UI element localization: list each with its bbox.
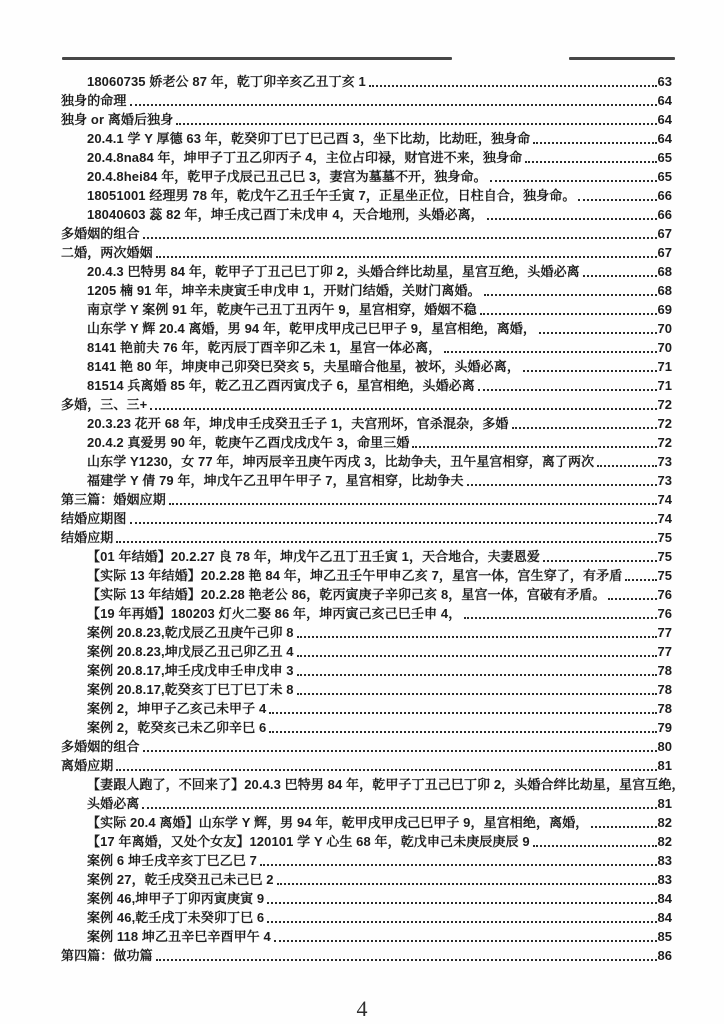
toc-entry[interactable]: 8141 艳前夫 76 年，乾丙辰丁酉辛卯乙未 1，星宫一体必离， 70	[61, 338, 672, 357]
toc-entry-text: 【17 年离婚，又处个女友】120101 学 Y 心生 68 年，乾戊申己未庚辰…	[87, 832, 530, 851]
toc-entry-page-number: 85	[658, 927, 672, 946]
toc-entry-text: 多婚姻的组合	[61, 737, 140, 756]
toc-entry[interactable]: 二婚，两次婚姻 67	[61, 243, 672, 262]
toc-entry-page-number: 77	[658, 642, 672, 661]
toc-entry-text: 案例 2，坤甲子乙亥己未甲子 4	[87, 699, 266, 718]
toc-entry-page-number: 79	[658, 718, 672, 737]
toc-entry-text: 【实际 20.4 离婚】山东学 Y 辉，男 94 年，乾甲戌甲戌己巳甲子 9，星…	[87, 813, 588, 832]
toc-entry-text: 【妻跟人跑了，不回来了】20.4.3 巴特男 84 年，乾甲子丁丑己巳丁卯 2，…	[87, 775, 685, 794]
dotted-leader	[578, 199, 656, 201]
toc-entry[interactable]: 案例 20.8.17,坤壬戌戊申壬申戊申 3 78	[61, 661, 672, 680]
toc-entry-text: 结婚应期图	[61, 509, 127, 528]
toc-entry-text: 二婚，两次婚姻	[61, 243, 153, 262]
toc-entry-page-number: 82	[658, 832, 672, 851]
toc-entry-text: 20.4.2 真爱男 90 年，乾庚午乙酉戊戌戊午 3，命里三婚	[87, 433, 409, 452]
dotted-leader	[608, 598, 656, 600]
toc-entry[interactable]: 结婚应期图 74	[61, 509, 672, 528]
toc-entry[interactable]: 案例 46,坤甲子丁卯丙寅庚寅 9 84	[61, 889, 672, 908]
toc-entry[interactable]: 18040603 蕊 82 年，坤壬戌己酉丁未戊申 4，天合地刑，头婚必离， 6…	[61, 205, 672, 224]
toc-entry-text: 案例 27，乾壬戌癸丑己未己巳 2	[87, 870, 274, 889]
toc-entry-page-number: 81	[658, 794, 672, 813]
dotted-leader	[260, 864, 657, 866]
toc-entry-text: 【19 年再婚】180203 灯火二娶 86 年，坤丙寅己亥己巳壬申 4，	[87, 604, 461, 623]
toc-entry-text: 头婚必离	[87, 794, 139, 813]
dotted-leader	[116, 541, 656, 543]
toc-entry-text: 案例 20.8.17,乾癸亥丁巳丁巳丁未 8	[87, 680, 294, 699]
toc-entry-page-number: 66	[658, 205, 672, 224]
dotted-leader	[274, 940, 657, 942]
toc-entry[interactable]: 案例 27，乾壬戌癸丑己未己巳 2 83	[61, 870, 672, 889]
toc-entry-text: 第四篇：做功篇	[61, 946, 153, 965]
toc-entry[interactable]: 福建学 Y 倩 79 年，坤戊午乙丑甲午甲子 7，星宫相穿，比劫争夫 73	[61, 471, 672, 490]
toc-entry[interactable]: 案例 20.8.23,坤戊辰乙丑己卯乙丑 4 77	[61, 642, 672, 661]
toc-entry[interactable]: 20.4.1 学 Y 厚德 63 年，乾癸卯丁巳丁巳己酉 3，坐下比劫，比劫旺，…	[61, 129, 672, 148]
toc-entry-page-number: 72	[658, 433, 672, 452]
toc-entry-page-number: 64	[658, 110, 672, 129]
dotted-leader	[369, 85, 657, 87]
toc-entry-page-number: 80	[658, 737, 672, 756]
toc-entry-text: 山东学 Y1230，女 77 年，坤丙辰辛丑庚午丙戌 3，比劫争夫，丑午星宫相穿…	[87, 452, 594, 471]
toc-entry[interactable]: 案例 20.8.17,乾癸亥丁巳丁巳丁未 8 78	[61, 680, 672, 699]
toc-entry-page-number: 78	[658, 680, 672, 699]
dotted-leader	[444, 351, 656, 353]
toc-entry[interactable]: 81514 兵离婚 85 年，乾乙丑乙酉丙寅戊子 6，星宫相绝，头婚必离 71	[61, 376, 672, 395]
page-footer: 4	[0, 996, 724, 1022]
dotted-leader	[297, 674, 657, 676]
toc-entry-page-number: 68	[658, 281, 672, 300]
toc-entry[interactable]: 20.3.23 花开 68 年，坤戊申壬戌癸丑壬子 1，夫宫刑坏，官杀混杂，多婚…	[61, 414, 672, 433]
toc-entry[interactable]: 【实际 13 年结婚】20.2.28 艳老公 86，乾丙寅庚子辛卯己亥 8，星宫…	[61, 585, 672, 604]
toc-entry-page-number: 66	[658, 186, 672, 205]
toc-entry[interactable]: 山东学 Y 辉 20.4 离婚，男 94 年，乾甲戌甲戌己巳甲子 9，星宫相绝，…	[61, 319, 672, 338]
toc-entry-page-number: 75	[658, 566, 672, 585]
toc-entry-page-number: 76	[658, 585, 672, 604]
dotted-leader	[583, 275, 657, 277]
toc-entry-text: 【01 年结婚】20.2.27 良 78 年，坤戊午乙丑丁丑壬寅 1，天合地合，…	[87, 547, 540, 566]
document-page: 18060735 娇老公 87 年，乾丁卯辛亥乙丑丁亥 1 63 独身的命理 6…	[0, 0, 724, 1024]
toc-entry-text: 8141 艳 80 年，坤庚申己卯癸巳癸亥 5，夫星暗合他星，被坏，头婚必离，	[87, 357, 520, 376]
table-of-contents: 18060735 娇老公 87 年，乾丁卯辛亥乙丑丁亥 1 63 独身的命理 6…	[61, 72, 672, 965]
toc-entry[interactable]: 【实际 20.4 离婚】山东学 Y 辉，男 94 年，乾甲戌甲戌己巳甲子 9，星…	[61, 813, 672, 832]
toc-entry[interactable]: 案例 46,乾壬戌丁未癸卯丁巳 6 84	[61, 908, 672, 927]
dotted-leader	[625, 579, 656, 581]
toc-entry-text: 案例 20.8.23,乾戊辰乙丑庚午己卯 8	[87, 623, 294, 642]
toc-entry-text: 案例 118 坤乙丑辛巳辛酉甲午 4	[87, 927, 271, 946]
toc-entry[interactable]: 山东学 Y1230，女 77 年，坤丙辰辛丑庚午丙戌 3，比劫争夫，丑午星宫相穿…	[61, 452, 672, 471]
dotted-leader	[130, 522, 657, 524]
toc-entry-page-number: 78	[658, 699, 672, 718]
toc-entry-page-number: 70	[658, 319, 672, 338]
toc-entry-text: 18060735 娇老公 87 年，乾丁卯辛亥乙丑丁亥 1	[87, 72, 366, 91]
toc-entry-page-number: 84	[658, 889, 672, 908]
dotted-leader	[297, 693, 657, 695]
toc-entry[interactable]: 20.4.8na84 年，坤甲子丁丑乙卯丙子 4，主位占印禄，财官进不来，独身命…	[61, 148, 672, 167]
toc-entry-text: 多婚，三、三+	[61, 395, 147, 414]
dotted-leader	[277, 883, 657, 885]
toc-entry-text: 【实际 13 年结婚】20.2.28 艳老公 86，乾丙寅庚子辛卯己亥 8，星宫…	[87, 585, 605, 604]
toc-entry[interactable]: 多婚姻的组合 67	[61, 224, 672, 243]
toc-entry[interactable]: 20.4.2 真爱男 90 年，乾庚午乙酉戊戌戊午 3，命里三婚 72	[61, 433, 672, 452]
dotted-leader	[597, 465, 656, 467]
dotted-leader	[484, 294, 657, 296]
dotted-leader	[543, 560, 657, 562]
toc-entry-text: 案例 20.8.17,坤壬戌戊申壬申戊申 3	[87, 661, 294, 680]
toc-entry-text: 山东学 Y 辉 20.4 离婚，男 94 年，乾甲戌甲戌己巳甲子 9，星宫相绝，…	[87, 319, 536, 338]
dotted-leader	[297, 636, 657, 638]
toc-entry-text: 18051001 经理男 78 年，乾戊午乙丑壬午壬寅 7，正星坐正位，日柱自合…	[87, 186, 575, 205]
toc-entry[interactable]: 【01 年结婚】20.2.27 良 78 年，坤戊午乙丑丁丑壬寅 1，天合地合，…	[61, 547, 672, 566]
dotted-leader	[467, 484, 657, 486]
dotted-leader	[490, 180, 657, 182]
toc-entry-page-number: 63	[658, 72, 672, 91]
toc-entry-text: 20.4.8na84 年，坤甲子丁丑乙卯丙子 4，主位占印禄，财官进不来，独身命	[87, 148, 522, 167]
dotted-leader	[130, 104, 657, 106]
toc-entry-page-number: 81	[658, 756, 672, 775]
toc-entry-text: 20.4.3 巴特男 84 年，乾甲子丁丑己巳丁卯 2，头婚合绊比劫星，星宫互绝…	[87, 262, 580, 281]
toc-entry-page-number: 73	[658, 452, 672, 471]
toc-entry[interactable]: 8141 艳 80 年，坤庚申己卯癸巳癸亥 5，夫星暗合他星，被坏，头婚必离， …	[61, 357, 672, 376]
toc-entry-text: 20.3.23 花开 68 年，坤戊申壬戌癸丑壬子 1，夫宫刑坏，官杀混杂，多婚	[87, 414, 509, 433]
dotted-leader	[297, 655, 657, 657]
dotted-leader	[269, 731, 656, 733]
toc-entry[interactable]: 【17 年离婚，又处个女友】120101 学 Y 心生 68 年，乾戊申己未庚辰…	[61, 832, 672, 851]
dotted-leader	[116, 769, 656, 771]
toc-entry-text: 南京学 Y 案例 91 年，乾庚午己丑丁丑丙午 9，星宫相穿，婚姻不稳	[87, 300, 477, 319]
toc-entry-text: 20.4.1 学 Y 厚德 63 年，乾癸卯丁巳丁巳己酉 3，坐下比劫，比劫旺，…	[87, 129, 530, 148]
toc-entry-text: 18040603 蕊 82 年，坤壬戌己酉丁未戊申 4，天合地刑，头婚必离，	[87, 205, 484, 224]
toc-entry-page-number: 64	[658, 91, 672, 110]
toc-entry-page-number: 68	[658, 262, 672, 281]
toc-entry[interactable]: 头婚必离 81	[61, 794, 672, 813]
toc-entry[interactable]: 独身的命理 64	[61, 91, 672, 110]
toc-entry-text: 1205 楠 91 年，坤辛未庚寅壬申戊申 1，开财门结婚，关财门离婚。	[87, 281, 481, 300]
toc-entry[interactable]: 多婚，三、三+ 72	[61, 395, 672, 414]
toc-entry-text: 20.4.8hei84 年，乾甲子戊辰己丑己巳 3，妻宫为墓墓不开，独身命。	[87, 167, 487, 186]
toc-entry-page-number: 83	[658, 851, 672, 870]
toc-entry-text: 81514 兵离婚 85 年，乾乙丑乙酉丙寅戊子 6，星宫相绝，头婚必离	[87, 376, 475, 395]
dotted-leader	[143, 750, 657, 752]
dotted-leader	[487, 218, 657, 220]
toc-entry-page-number: 84	[658, 908, 672, 927]
dotted-leader	[267, 902, 656, 904]
dotted-leader	[169, 503, 657, 505]
dotted-leader	[176, 123, 656, 125]
toc-entry[interactable]: 南京学 Y 案例 91 年，乾庚午己丑丁丑丙午 9，星宫相穿，婚姻不稳 69	[61, 300, 672, 319]
toc-entry[interactable]: 案例 2，乾癸亥己未乙卯辛巳 6 79	[61, 718, 672, 737]
dotted-leader	[525, 161, 656, 163]
dotted-leader	[156, 256, 657, 258]
toc-entry-page-number: 82	[658, 813, 672, 832]
toc-entry-page-number: 74	[658, 509, 672, 528]
toc-entry-page-number: 83	[658, 870, 672, 889]
toc-entry-text: 案例 46,坤甲子丁卯丙寅庚寅 9	[87, 889, 264, 908]
toc-entry-text: 8141 艳前夫 76 年，乾丙辰丁酉辛卯乙未 1，星宫一体必离，	[87, 338, 441, 357]
cutoff-text-fragment-left	[62, 57, 452, 60]
dotted-leader	[512, 427, 657, 429]
dotted-leader	[267, 921, 656, 923]
page-number: 4	[357, 996, 368, 1021]
toc-entry-text: 案例 2，乾癸亥己未乙卯辛巳 6	[87, 718, 266, 737]
toc-entry-page-number: 74	[658, 490, 672, 509]
dotted-leader	[142, 807, 656, 809]
toc-entry-text: 离婚应期	[61, 756, 113, 775]
dotted-leader	[591, 826, 656, 828]
toc-entry[interactable]: 第三篇：婚姻应期 74	[61, 490, 672, 509]
toc-entry-page-number: 72	[658, 414, 672, 433]
toc-entry-page-number: 69	[658, 300, 672, 319]
toc-entry[interactable]: 第四篇：做功篇 86	[61, 946, 672, 965]
toc-entry-text: 结婚应期	[61, 528, 113, 547]
toc-entry[interactable]: 离婚应期 81	[61, 756, 672, 775]
dotted-leader	[143, 237, 657, 239]
cutoff-text-fragment-right	[569, 57, 675, 60]
dotted-leader	[150, 408, 656, 410]
dotted-leader	[412, 446, 656, 448]
toc-entry[interactable]: 独身 or 离婚后独身 64	[61, 110, 672, 129]
toc-entry[interactable]: 案例 6 坤壬戌辛亥丁巳乙巳 7 83	[61, 851, 672, 870]
toc-entry-text: 多婚姻的组合	[61, 224, 140, 243]
toc-entry-page-number: 67	[658, 224, 672, 243]
toc-entry[interactable]: 20.4.8hei84 年，乾甲子戊辰己丑己巳 3，妻宫为墓墓不开，独身命。 6…	[61, 167, 672, 186]
dotted-leader	[533, 142, 656, 144]
toc-entry-page-number: 72	[658, 395, 672, 414]
toc-entry-page-number: 86	[658, 946, 672, 965]
toc-entry-page-number: 75	[658, 547, 672, 566]
dotted-leader	[478, 389, 657, 391]
toc-entry[interactable]: 多婚姻的组合 80	[61, 737, 672, 756]
toc-entry-page-number: 65	[658, 167, 672, 186]
toc-entry[interactable]: 案例 20.8.23,乾戊辰乙丑庚午己卯 8 77	[61, 623, 672, 642]
toc-entry-text: 案例 6 坤壬戌辛亥丁巳乙巳 7	[87, 851, 257, 870]
toc-entry[interactable]: 18051001 经理男 78 年，乾戊午乙丑壬午壬寅 7，正星坐正位，日柱自合…	[61, 186, 672, 205]
dotted-leader	[480, 313, 657, 315]
toc-entry-page-number: 78	[658, 661, 672, 680]
toc-entry-text: 独身 or 离婚后独身	[61, 110, 173, 129]
dotted-leader	[539, 332, 657, 334]
toc-entry-page-number: 75	[658, 528, 672, 547]
dotted-leader	[523, 370, 657, 372]
toc-entry[interactable]: 18060735 娇老公 87 年，乾丁卯辛亥乙丑丁亥 1 63	[61, 72, 672, 91]
toc-entry-page-number: 67	[658, 243, 672, 262]
toc-entry-page-number: 64	[658, 129, 672, 148]
dotted-leader	[464, 617, 656, 619]
dotted-leader	[156, 959, 657, 961]
toc-entry-text: 案例 46,乾壬戌丁未癸卯丁巳 6	[87, 908, 264, 927]
toc-entry[interactable]: 【妻跟人跑了，不回来了】20.4.3 巴特男 84 年，乾甲子丁丑己巳丁卯 2，…	[61, 775, 672, 794]
toc-entry-page-number: 65	[658, 148, 672, 167]
toc-entry-page-number: 76	[658, 604, 672, 623]
dotted-leader	[269, 712, 656, 714]
toc-entry-page-number: 71	[658, 376, 672, 395]
toc-entry[interactable]: 案例 2，坤甲子乙亥己未甲子 4 78	[61, 699, 672, 718]
toc-entry[interactable]: 1205 楠 91 年，坤辛未庚寅壬申戊申 1，开财门结婚，关财门离婚。 68	[61, 281, 672, 300]
toc-entry-text: 福建学 Y 倩 79 年，坤戊午乙丑甲午甲子 7，星宫相穿，比劫争夫	[87, 471, 464, 490]
toc-entry-text: 独身的命理	[61, 91, 127, 110]
toc-entry-text: 案例 20.8.23,坤戊辰乙丑己卯乙丑 4	[87, 642, 294, 661]
toc-entry[interactable]: 【实际 13 年结婚】20.2.28 艳 84 年，坤乙丑壬午甲申乙亥 7，星宫…	[61, 566, 672, 585]
toc-entry[interactable]: 案例 118 坤乙丑辛巳辛酉甲午 4 85	[61, 927, 672, 946]
toc-entry-page-number: 73	[658, 471, 672, 490]
toc-entry-text: 第三篇：婚姻应期	[61, 490, 166, 509]
toc-entry-text: 【实际 13 年结婚】20.2.28 艳 84 年，坤乙丑壬午甲申乙亥 7，星宫…	[87, 566, 622, 585]
toc-entry-page-number: 77	[658, 623, 672, 642]
toc-entry[interactable]: 20.4.3 巴特男 84 年，乾甲子丁丑己巳丁卯 2，头婚合绊比劫星，星宫互绝…	[61, 262, 672, 281]
toc-entry[interactable]: 【19 年再婚】180203 灯火二娶 86 年，坤丙寅己亥己巳壬申 4， 76	[61, 604, 672, 623]
toc-entry-page-number: 71	[658, 357, 672, 376]
toc-entry[interactable]: 结婚应期 75	[61, 528, 672, 547]
dotted-leader	[533, 845, 657, 847]
toc-entry-page-number: 70	[658, 338, 672, 357]
